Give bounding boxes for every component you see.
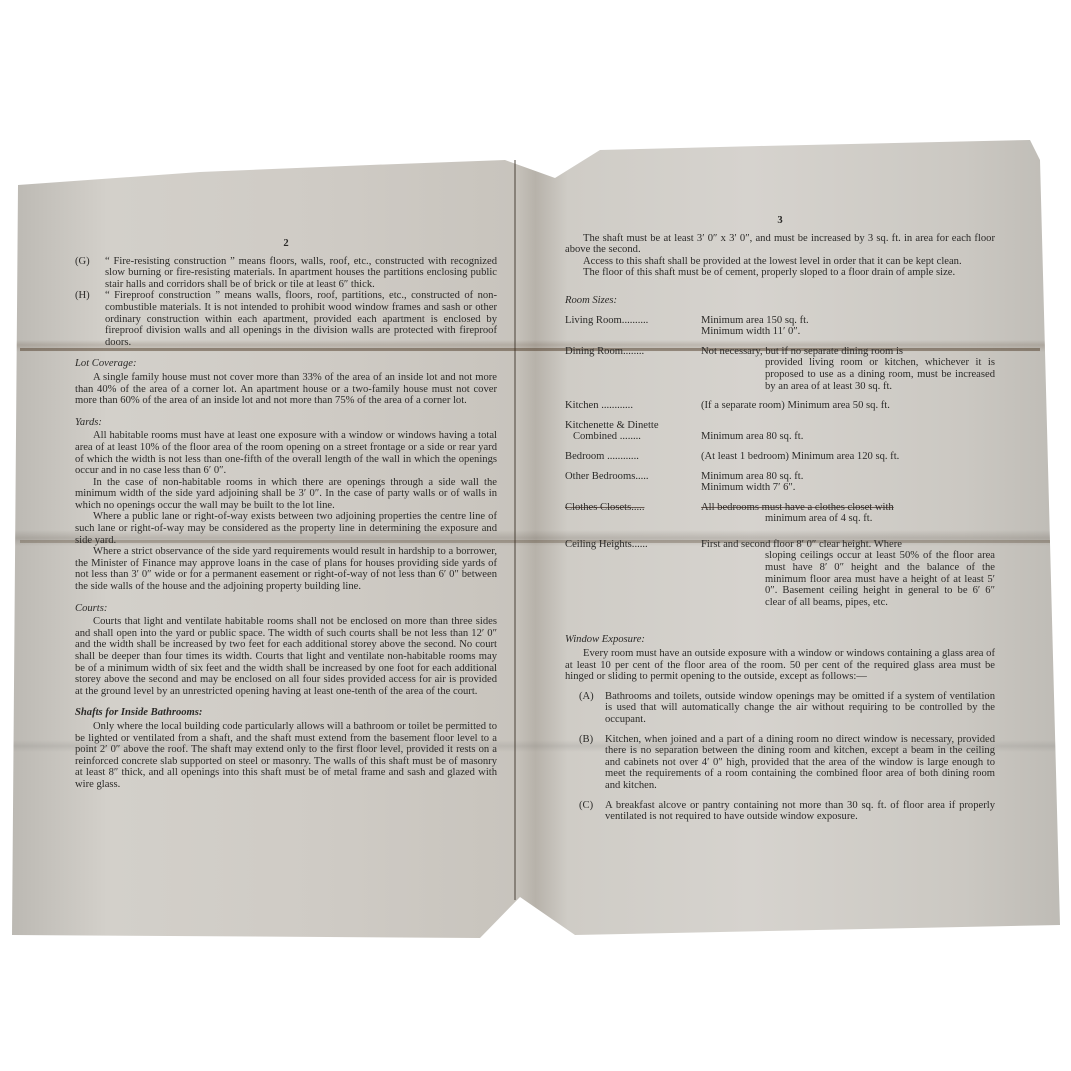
room-size-row-kitchenette: Kitchenette & Dinette Combined ........ … — [565, 420, 995, 443]
room-size-row-other-bedrooms: Other Bedrooms..... Minimum area 80 sq. … — [565, 471, 995, 494]
room-size-row-dining-room: Dining Room........ Not necessary, but i… — [565, 346, 995, 392]
room-requirement: (If a separate room) Minimum area 50 sq.… — [701, 400, 890, 411]
paragraph: Only where the local building code parti… — [75, 721, 497, 791]
room-size-row-ceiling-heights: Ceiling Heights...... First and second f… — [565, 539, 995, 609]
room-requirement: All bedrooms must have a clothes closet … — [701, 502, 894, 513]
item-label: (C) — [565, 800, 605, 823]
section-heading-lot-coverage: Lot Coverage: — [75, 358, 497, 370]
left-page: 2 (G) “ Fire-resisting construction ” me… — [75, 238, 497, 791]
document-photo: 2 (G) “ Fire-resisting construction ” me… — [0, 0, 1071, 1071]
room-requirement-cont: provided living room or kitchen, whichev… — [701, 357, 995, 392]
paragraph: A single family house must not cover mor… — [75, 372, 497, 407]
section-heading-courts: Courts: — [75, 603, 497, 615]
item-text: A breakfast alcove or pantry containing … — [605, 800, 995, 823]
paragraph: Access to this shaft shall be provided a… — [565, 256, 995, 268]
room-name: Ceiling Heights — [565, 539, 632, 550]
right-page: 3 The shaft must be at least 3′ 0″ x 3′ … — [565, 215, 995, 823]
dot-leader: .......... — [622, 315, 648, 326]
room-requirement-cont: minimum area of 4 sq. ft. — [701, 513, 995, 525]
room-name: Dining Room — [565, 346, 623, 357]
dot-leader: ........ — [617, 431, 641, 442]
section-heading-room-sizes: Room Sizes: — [565, 295, 995, 307]
room-requirement: Not necessary, but if no separate dining… — [701, 346, 903, 357]
definition-label: (H) — [75, 290, 105, 348]
definition-text: “ Fireproof construction ” means walls, … — [105, 290, 497, 348]
definition-g: (G) “ Fire-resisting construction ” mean… — [75, 256, 497, 291]
room-size-row-clothes-closets: Clothes Closets..... All bedrooms must h… — [565, 502, 995, 525]
center-fold-crease — [514, 160, 516, 900]
room-name: Bedroom — [565, 451, 604, 462]
paragraph: The shaft must be at least 3′ 0″ x 3′ 0″… — [565, 233, 995, 256]
paragraph: In the case of non-habitable rooms in wh… — [75, 477, 497, 512]
room-requirement-cont: sloping ceilings occur at least 50% of t… — [701, 550, 995, 608]
item-text: Kitchen, when joined and a part of a din… — [605, 734, 995, 792]
paragraph: Every room must have an outside exposure… — [565, 648, 995, 683]
definition-label: (G) — [75, 256, 105, 291]
room-size-row-living-room: Living Room.......... Minimum area 150 s… — [565, 315, 995, 338]
dot-leader: ..... — [635, 471, 648, 482]
room-name: Living Room — [565, 315, 622, 326]
page-number: 3 — [565, 215, 995, 227]
definition-h: (H) “ Fireproof construction ” means wal… — [75, 290, 497, 348]
room-requirement: (At least 1 bedroom) Minimum area 120 sq… — [701, 451, 899, 462]
exception-item-b: (B) Kitchen, when joined and a part of a… — [565, 734, 995, 792]
room-name: Other Bedrooms — [565, 471, 635, 482]
room-size-row-kitchen: Kitchen ............ (If a separate room… — [565, 400, 995, 412]
room-name: Clothes Closets — [565, 502, 631, 513]
paragraph: Courts that light and ventilate habitabl… — [75, 616, 497, 697]
paragraph: The floor of this shaft must be of cemen… — [565, 267, 995, 279]
paragraph: Where a strict observance of the side ya… — [75, 546, 497, 592]
room-requirement: Minimum area 150 sq. ft. — [701, 315, 809, 326]
exception-item-c: (C) A breakfast alcove or pantry contain… — [565, 800, 995, 823]
dot-leader: ..... — [631, 502, 644, 513]
section-heading-shafts: Shafts for Inside Bathrooms: — [75, 707, 497, 719]
dot-leader: ...... — [632, 539, 648, 550]
room-requirement: First and second floor 8′ 0″ clear heigh… — [701, 539, 902, 550]
room-requirement: Minimum area 80 sq. ft. — [701, 471, 803, 482]
section-heading-window-exposure: Window Exposure: — [565, 634, 995, 646]
exception-item-a: (A) Bathrooms and toilets, outside windo… — [565, 691, 995, 726]
room-size-row-bedroom: Bedroom ............ (At least 1 bedroom… — [565, 451, 995, 463]
page-number: 2 — [75, 238, 497, 250]
item-label: (A) — [565, 691, 605, 726]
dot-leader: ............ — [599, 400, 633, 411]
room-requirement: Minimum area 80 sq. ft. — [701, 431, 803, 442]
item-label: (B) — [565, 734, 605, 792]
paragraph: All habitable rooms must have at least o… — [75, 430, 497, 476]
room-name: Kitchen — [565, 400, 599, 411]
dot-leader: ........ — [623, 346, 644, 357]
definition-text: “ Fire-resisting construction ” means fl… — [105, 256, 497, 291]
room-requirement-cont: Minimum width 11′ 0″. — [701, 326, 800, 337]
item-text: Bathrooms and toilets, outside window op… — [605, 691, 995, 726]
section-heading-yards: Yards: — [75, 417, 497, 429]
dot-leader: ............ — [604, 451, 638, 462]
paragraph: Where a public lane or right-of-way exis… — [75, 511, 497, 546]
room-requirement-cont: Minimum width 7′ 6″. — [701, 482, 795, 493]
room-name: Kitchenette & Dinette Combined — [565, 420, 659, 443]
